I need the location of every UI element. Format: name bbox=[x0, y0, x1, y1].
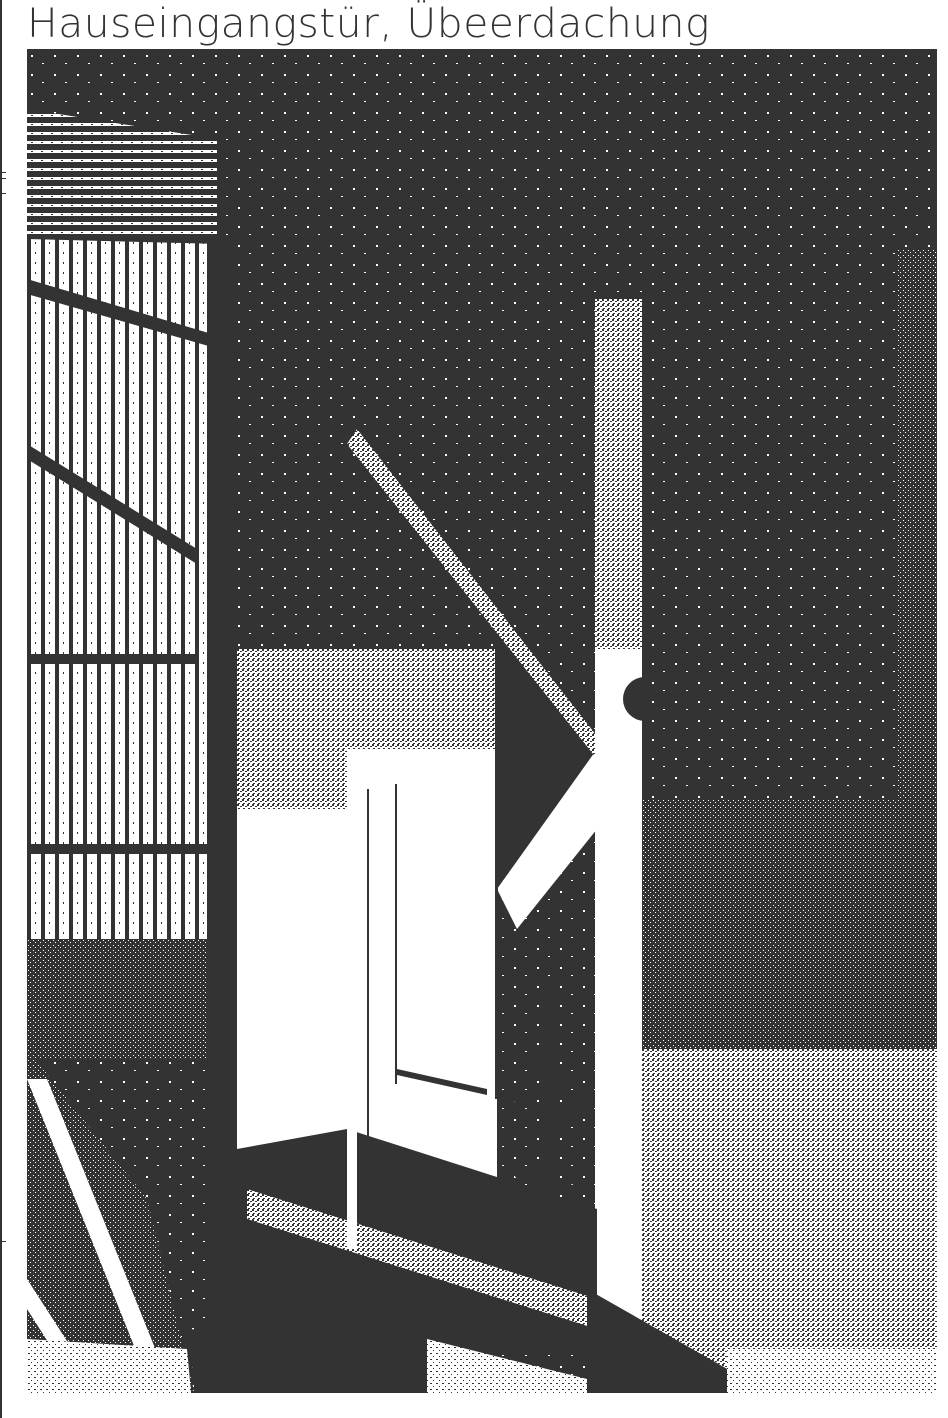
entrance-door-photo bbox=[27, 49, 937, 1403]
margin-tick bbox=[0, 172, 6, 173]
margin-tick bbox=[0, 193, 6, 194]
margin-rule bbox=[0, 0, 2, 1418]
margin-tick bbox=[0, 1241, 6, 1242]
page-title: Hauseingangstür, Übeerdachung bbox=[27, 2, 710, 46]
margin-tick bbox=[0, 178, 6, 179]
